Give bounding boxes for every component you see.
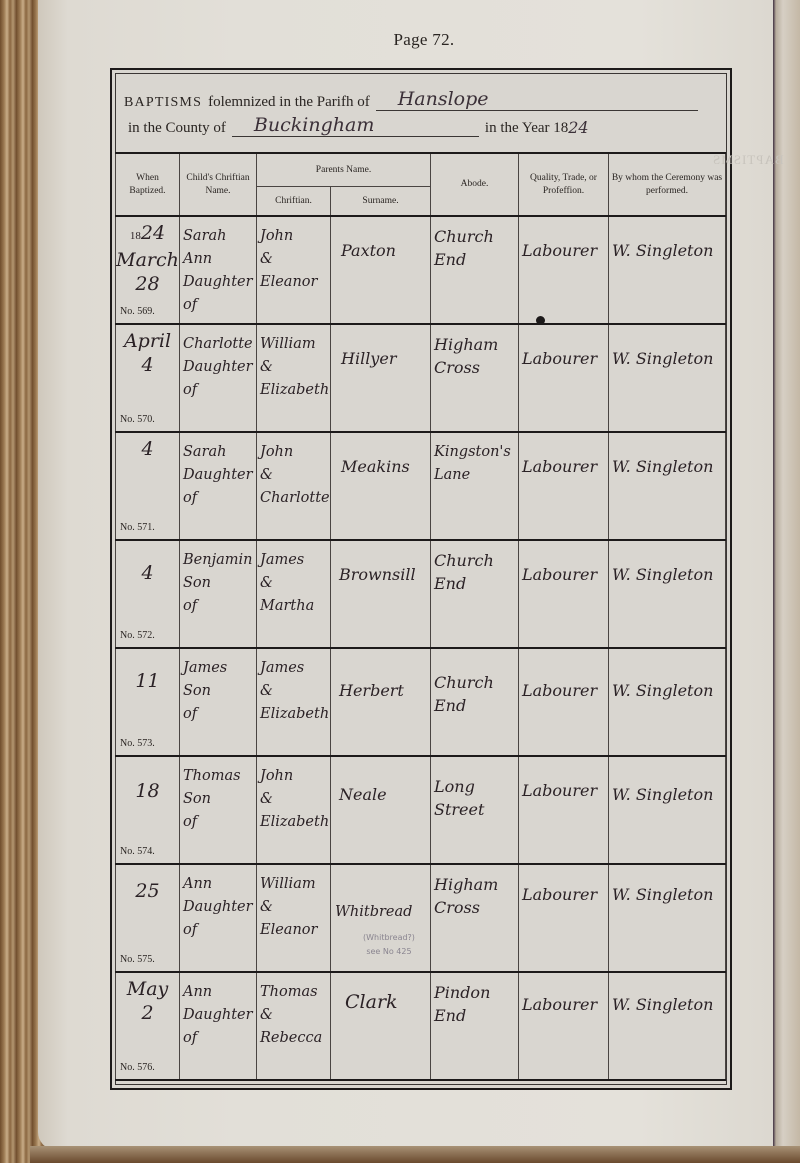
cell-child: Sarah Daughter of bbox=[180, 432, 257, 540]
surname: Brownsill bbox=[339, 563, 430, 586]
cell-quality: Labourer bbox=[519, 216, 609, 324]
cell-when: 25 No. 575. bbox=[116, 864, 180, 972]
book-spine-edge bbox=[0, 0, 42, 1163]
cell-by-whom: W. Singleton bbox=[609, 864, 726, 972]
parents-christian: John & Elizabeth bbox=[260, 765, 330, 834]
col-abode: Abode. bbox=[431, 153, 519, 216]
cell-surname: Herbert bbox=[331, 648, 431, 756]
when-value: April 4 bbox=[116, 329, 179, 377]
heading-year-label: in the Year 18 bbox=[485, 120, 568, 137]
entry-number: No. 570. bbox=[120, 414, 155, 425]
surname: Whitbread bbox=[335, 901, 430, 924]
quality: Labourer bbox=[522, 239, 608, 262]
entry-number: No. 574. bbox=[120, 846, 155, 857]
surname: Hillyer bbox=[341, 347, 430, 370]
child-name: Ann Daughter of bbox=[183, 981, 256, 1050]
cell-by-whom: W. Singleton bbox=[609, 216, 726, 324]
col-child: Child's Chriftian Name. bbox=[180, 153, 257, 216]
entry-number: No. 571. bbox=[120, 522, 155, 533]
cell-surname: Clark bbox=[331, 972, 431, 1080]
child-name: Thomas Son of bbox=[183, 765, 256, 834]
when-value: 4 bbox=[116, 561, 179, 585]
abode: Pindon End bbox=[434, 981, 518, 1027]
col-quality: Quality, Trade, or Profeffion. bbox=[519, 153, 609, 216]
cell-when: 1824 March 28 No. 569. bbox=[116, 216, 180, 324]
cell-surname: Paxton bbox=[331, 216, 431, 324]
cell-child: Ann Daughter of bbox=[180, 864, 257, 972]
quality: Labourer bbox=[522, 347, 608, 370]
cell-parents-christian: James & Martha bbox=[257, 540, 331, 648]
cell-by-whom: W. Singleton bbox=[609, 324, 726, 432]
col-parents-surname: Surname. bbox=[331, 187, 431, 217]
cell-quality: Labourer bbox=[519, 432, 609, 540]
officiant: W. Singleton bbox=[612, 783, 725, 806]
cell-child: Thomas Son of bbox=[180, 756, 257, 864]
year-field: 24 bbox=[568, 118, 588, 137]
cell-child: Ann Daughter of bbox=[180, 972, 257, 1080]
child-name: Sarah Daughter of bbox=[183, 441, 256, 510]
cell-abode: Higham Cross bbox=[431, 864, 519, 972]
cell-quality: Labourer bbox=[519, 540, 609, 648]
cell-when: 18 No. 574. bbox=[116, 756, 180, 864]
officiant: W. Singleton bbox=[612, 563, 725, 586]
cell-surname: Whitbread (Whitbread?) see No 425 bbox=[331, 864, 431, 972]
page-bottom-edge bbox=[30, 1146, 800, 1163]
parish-field: Hanslope bbox=[376, 90, 698, 111]
surname: Neale bbox=[339, 783, 430, 806]
cell-quality: Labourer bbox=[519, 756, 609, 864]
officiant: W. Singleton bbox=[612, 679, 725, 702]
pencil-annotation: (Whitbread?) see No 425 bbox=[363, 931, 415, 959]
parents-christian: Thomas & Rebecca bbox=[260, 981, 330, 1050]
cell-child: James Son of bbox=[180, 648, 257, 756]
heading-parish-label: folemnized in the Parifh of bbox=[208, 94, 370, 111]
abode: Church End bbox=[434, 225, 518, 271]
surname: Clark bbox=[345, 991, 430, 1014]
cell-abode: Pindon End bbox=[431, 972, 519, 1080]
cell-parents-christian: John & Eleanor bbox=[257, 216, 331, 324]
register-frame: BAPTISMS BAPTISMS folemnized in the Pari… bbox=[110, 68, 732, 1090]
abode: Church End bbox=[434, 549, 518, 595]
surname: Herbert bbox=[339, 679, 430, 702]
surname: Meakins bbox=[341, 455, 430, 478]
cell-parents-christian: John & Elizabeth bbox=[257, 756, 331, 864]
cell-parents-christian: John & Charlotte bbox=[257, 432, 331, 540]
when-value: 18 bbox=[116, 779, 179, 803]
parents-christian: John & Eleanor bbox=[260, 225, 330, 294]
col-by-whom: By whom the Ceremony was performed. bbox=[609, 153, 726, 216]
officiant: W. Singleton bbox=[612, 993, 725, 1016]
cell-abode: Kingston's Lane bbox=[431, 432, 519, 540]
col-parents-christian: Chriftian. bbox=[257, 187, 331, 217]
cell-abode: Long Street bbox=[431, 756, 519, 864]
entry-number: No. 569. bbox=[120, 306, 155, 317]
table-row: 11 No. 573. James Son of James & Elizabe… bbox=[116, 648, 726, 756]
col-parents: Parents Name. bbox=[257, 153, 431, 187]
quality: Labourer bbox=[522, 883, 608, 906]
heading-line-county: in the County of Buckingham in the Year … bbox=[128, 116, 589, 137]
table-row: 4 No. 572. Benjamin Son of James & Marth… bbox=[116, 540, 726, 648]
parents-christian: James & Elizabeth bbox=[260, 657, 330, 726]
entry-number: No. 573. bbox=[120, 738, 155, 749]
when-value: 4 bbox=[116, 437, 179, 461]
table-row: 4 No. 571. Sarah Daughter of John & Char… bbox=[116, 432, 726, 540]
entry-number: No. 575. bbox=[120, 954, 155, 965]
child-name: Sarah Ann Daughter of bbox=[183, 225, 256, 317]
quality: Labourer bbox=[522, 779, 608, 802]
cell-by-whom: W. Singleton bbox=[609, 972, 726, 1080]
cell-surname: Meakins bbox=[331, 432, 431, 540]
child-name: Benjamin Son of bbox=[183, 549, 256, 618]
abode: Church End bbox=[434, 671, 518, 717]
county-field: Buckingham bbox=[232, 116, 479, 137]
entry-number: No. 572. bbox=[120, 630, 155, 641]
abode: Higham Cross bbox=[434, 873, 518, 919]
table-row: 25 No. 575. Ann Daughter of William & El… bbox=[116, 864, 726, 972]
facing-page-edge bbox=[773, 0, 800, 1163]
officiant: W. Singleton bbox=[612, 455, 725, 478]
register-heading: BAPTISMS folemnized in the Parifh of Han… bbox=[124, 80, 719, 145]
header-row-top: When Baptized. Child's Chriftian Name. P… bbox=[116, 153, 726, 187]
cell-quality: Labourer bbox=[519, 648, 609, 756]
when-value: 11 bbox=[116, 669, 179, 693]
when-value: May 2 bbox=[116, 977, 179, 1025]
officiant: W. Singleton bbox=[612, 347, 725, 370]
table-row: 18 No. 574. Thomas Son of John & Elizabe… bbox=[116, 756, 726, 864]
cell-by-whom: W. Singleton bbox=[609, 756, 726, 864]
quality: Labourer bbox=[522, 455, 608, 478]
cell-by-whom: W. Singleton bbox=[609, 648, 726, 756]
cell-abode: Church End bbox=[431, 540, 519, 648]
cell-when: April 4 No. 570. bbox=[116, 324, 180, 432]
entry-number: No. 576. bbox=[120, 1062, 155, 1073]
cell-when: 4 No. 571. bbox=[116, 432, 180, 540]
cell-quality: Labourer bbox=[519, 324, 609, 432]
cell-when: May 2 No. 576. bbox=[116, 972, 180, 1080]
table-row: April 4 No. 570. Charlotte Daughter of W… bbox=[116, 324, 726, 432]
cell-abode: Higham Cross bbox=[431, 324, 519, 432]
surname: Paxton bbox=[341, 239, 430, 262]
ink-blot bbox=[536, 316, 545, 325]
parents-christian: James & Martha bbox=[260, 549, 330, 618]
abode: Higham Cross bbox=[434, 333, 518, 379]
cell-abode: Church End bbox=[431, 216, 519, 324]
cell-when: 11 No. 573. bbox=[116, 648, 180, 756]
heading-line-parish: BAPTISMS folemnized in the Parifh of Han… bbox=[124, 90, 704, 111]
col-when: When Baptized. bbox=[116, 153, 180, 216]
cell-child: Charlotte Daughter of bbox=[180, 324, 257, 432]
heading-county-label: in the County of bbox=[128, 120, 226, 137]
cell-abode: Church End bbox=[431, 648, 519, 756]
child-name: Ann Daughter of bbox=[183, 873, 256, 942]
baptism-table: When Baptized. Child's Chriftian Name. P… bbox=[115, 152, 726, 1081]
parents-christian: William & Eleanor bbox=[260, 873, 330, 942]
officiant: W. Singleton bbox=[612, 883, 725, 906]
cell-quality: Labourer bbox=[519, 972, 609, 1080]
cell-parents-christian: Thomas & Rebecca bbox=[257, 972, 331, 1080]
cell-child: Sarah Ann Daughter of bbox=[180, 216, 257, 324]
officiant: W. Singleton bbox=[612, 239, 725, 262]
table-row: 1824 March 28 No. 569. Sarah Ann Daughte… bbox=[116, 216, 726, 324]
parents-christian: William & Elizabeth bbox=[260, 333, 330, 402]
abode: Kingston's Lane bbox=[434, 441, 518, 487]
child-name: James Son of bbox=[183, 657, 256, 726]
cell-when: 4 No. 572. bbox=[116, 540, 180, 648]
page-number: Page 72. bbox=[0, 30, 800, 50]
cell-parents-christian: William & Eleanor bbox=[257, 864, 331, 972]
cell-surname: Brownsill bbox=[331, 540, 431, 648]
when-value: 25 bbox=[116, 879, 179, 903]
quality: Labourer bbox=[522, 993, 608, 1016]
quality: Labourer bbox=[522, 563, 608, 586]
cell-by-whom: W. Singleton bbox=[609, 432, 726, 540]
abode: Long Street bbox=[434, 775, 518, 821]
cell-parents-christian: James & Elizabeth bbox=[257, 648, 331, 756]
cell-surname: Hillyer bbox=[331, 324, 431, 432]
child-name: Charlotte Daughter of bbox=[183, 333, 256, 402]
cell-quality: Labourer bbox=[519, 864, 609, 972]
cell-child: Benjamin Son of bbox=[180, 540, 257, 648]
heading-caps: BAPTISMS bbox=[124, 95, 202, 111]
when-value: 1824 March 28 bbox=[116, 221, 179, 296]
cell-by-whom: W. Singleton bbox=[609, 540, 726, 648]
cell-parents-christian: William & Elizabeth bbox=[257, 324, 331, 432]
baptism-table-wrap: When Baptized. Child's Chriftian Name. P… bbox=[115, 152, 725, 1081]
parents-christian: John & Charlotte bbox=[260, 441, 330, 510]
table-row: May 2 No. 576. Ann Daughter of Thomas & … bbox=[116, 972, 726, 1080]
quality: Labourer bbox=[522, 679, 608, 702]
cell-surname: Neale bbox=[331, 756, 431, 864]
